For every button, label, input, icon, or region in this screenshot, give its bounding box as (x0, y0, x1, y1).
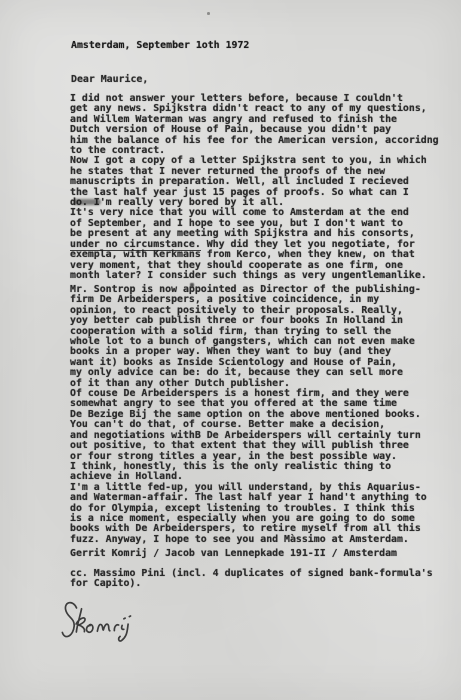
handwritten-signature (57, 594, 151, 647)
salutation: Dear Maurice, (71, 75, 148, 85)
ink-smudge (73, 199, 101, 205)
cc-block: cc. Massimo Pini (incl. 4 duplicates of … (70, 569, 433, 590)
stray-ink-mark (190, 283, 194, 287)
sender-address-line: Gerrit Komrij / Jacob van Lennepkade 191… (70, 549, 397, 559)
paragraph-block-2: Mr. Sontrop is now appointed as Director… (70, 285, 427, 545)
underline-mark (70, 250, 201, 251)
date-line: Amsterdam, September 1oth 1972 (71, 41, 249, 51)
letter-page: Amsterdam, September 1oth 1972 Dear Maur… (0, 0, 461, 700)
paper-speck (207, 12, 210, 15)
paragraph-block-1: I did not answer your letters before, be… (70, 94, 439, 281)
